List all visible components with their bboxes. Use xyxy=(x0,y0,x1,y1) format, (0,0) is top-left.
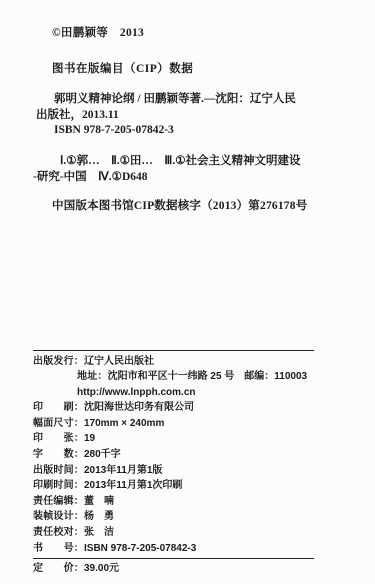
field-label: 责任校对： xyxy=(33,527,84,538)
field-value: 杨 勇 xyxy=(84,511,114,522)
field-value: 2013年11月第1次印刷 xyxy=(84,480,182,491)
colophon-row-sheets: 印 张：19 xyxy=(33,431,314,447)
colophon-row-printer: 印 刷：沈阳海世达印务有限公司 xyxy=(33,400,314,416)
field-label: 印刷时间： xyxy=(33,480,84,491)
copyright-notice: ©田鹏颖等 2013 xyxy=(52,26,375,41)
field-value: 19 xyxy=(84,433,95,444)
field-value: 辽宁人民出版社 xyxy=(84,356,154,367)
field-value: 沈阳海世达印务有限公司 xyxy=(84,402,194,413)
colophon-row-book-number: 书 号：ISBN 978-7-205-07842-3 xyxy=(33,541,314,557)
field-value: 2013年11月第1版 xyxy=(84,465,162,476)
field-label: 装帧设计： xyxy=(33,511,84,522)
field-label: 幅面尺寸： xyxy=(33,418,84,429)
colophon-row-publisher: 出版发行：辽宁人民出版社 xyxy=(33,354,314,370)
colophon-row-proofreader: 责任校对：张 洁 xyxy=(33,525,314,541)
cip-section-header: 图书在版编目（CIP）数据 xyxy=(52,62,375,77)
cip-classification: Ⅰ.①郭… Ⅱ.①田… Ⅲ.①社会主义精神文明建设 -研究-中国 Ⅳ.①D648 xyxy=(33,153,345,185)
colophon-row-editor: 责任编辑：董 喃 xyxy=(33,494,314,510)
field-value: 170mm × 240mm xyxy=(84,418,164,429)
colophon-row-website: http://www.lnpph.com.cn xyxy=(77,385,314,401)
field-value: 沈阳市和平区十一纬路 25 号 邮编：110003 xyxy=(108,371,308,382)
colophon-row-publish-date: 出版时间：2013年11月第1版 xyxy=(33,463,314,479)
cip-entry-line2: 出版社，2013.11 xyxy=(36,108,341,124)
field-value: ISBN 978-7-205-07842-3 xyxy=(84,543,196,554)
colophon-row-format-size: 幅面尺寸：170mm × 240mm xyxy=(33,416,314,432)
field-label: 出版时间： xyxy=(33,465,84,476)
field-label: 字 数： xyxy=(33,449,84,460)
field-label: 印 刷： xyxy=(33,402,84,413)
copyright-page: ©田鹏颖等 2013 图书在版编目（CIP）数据 郭明义精神论纲 / 田鹏颖等著… xyxy=(0,0,375,577)
cip-entry-line1: 郭明义精神论纲 / 田鹏颖等著.—沈阳：辽宁人民 xyxy=(36,92,341,108)
cip-record-number: 中国版本图书馆CIP数据核字（2013）第276178号 xyxy=(52,199,375,214)
field-value: 张 洁 xyxy=(84,527,114,538)
cip-catalog-entry: 郭明义精神论纲 / 田鹏颖等著.—沈阳：辽宁人民 出版社，2013.11 ISB… xyxy=(36,92,341,139)
divider-line xyxy=(33,558,314,559)
field-label: 印 张： xyxy=(33,433,84,444)
colophon-block: 出版发行：辽宁人民出版社 地址：沈阳市和平区十一纬路 25 号 邮编：11000… xyxy=(33,350,314,577)
publisher-url: http://www.lnpph.com.cn xyxy=(77,387,196,398)
field-value: 280千字 xyxy=(84,449,121,460)
field-label: 定 价： xyxy=(33,563,84,574)
classification-line1: Ⅰ.①郭… Ⅱ.①田… Ⅲ.①社会主义精神文明建设 xyxy=(33,153,345,169)
isbn-line: ISBN 978-7-205-07842-3 xyxy=(36,123,341,139)
colophon-row-address: 地址：沈阳市和平区十一纬路 25 号 邮编：110003 xyxy=(77,369,314,385)
colophon-row-price: 定 价：39.00元 xyxy=(33,561,314,577)
colophon-row-designer: 装帧设计：杨 勇 xyxy=(33,509,314,525)
field-label: 出版发行： xyxy=(33,356,84,367)
field-label: 书 号： xyxy=(33,543,84,554)
field-label: 责任编辑： xyxy=(33,496,84,507)
classification-line2: -研究-中国 Ⅳ.①D648 xyxy=(33,169,345,185)
colophon-row-word-count: 字 数：280千字 xyxy=(33,447,314,463)
field-value: 董 喃 xyxy=(84,496,114,507)
field-label: 地址： xyxy=(77,371,108,382)
field-value: 39.00元 xyxy=(84,563,119,574)
colophon-row-print-date: 印刷时间：2013年11月第1次印刷 xyxy=(33,478,314,494)
